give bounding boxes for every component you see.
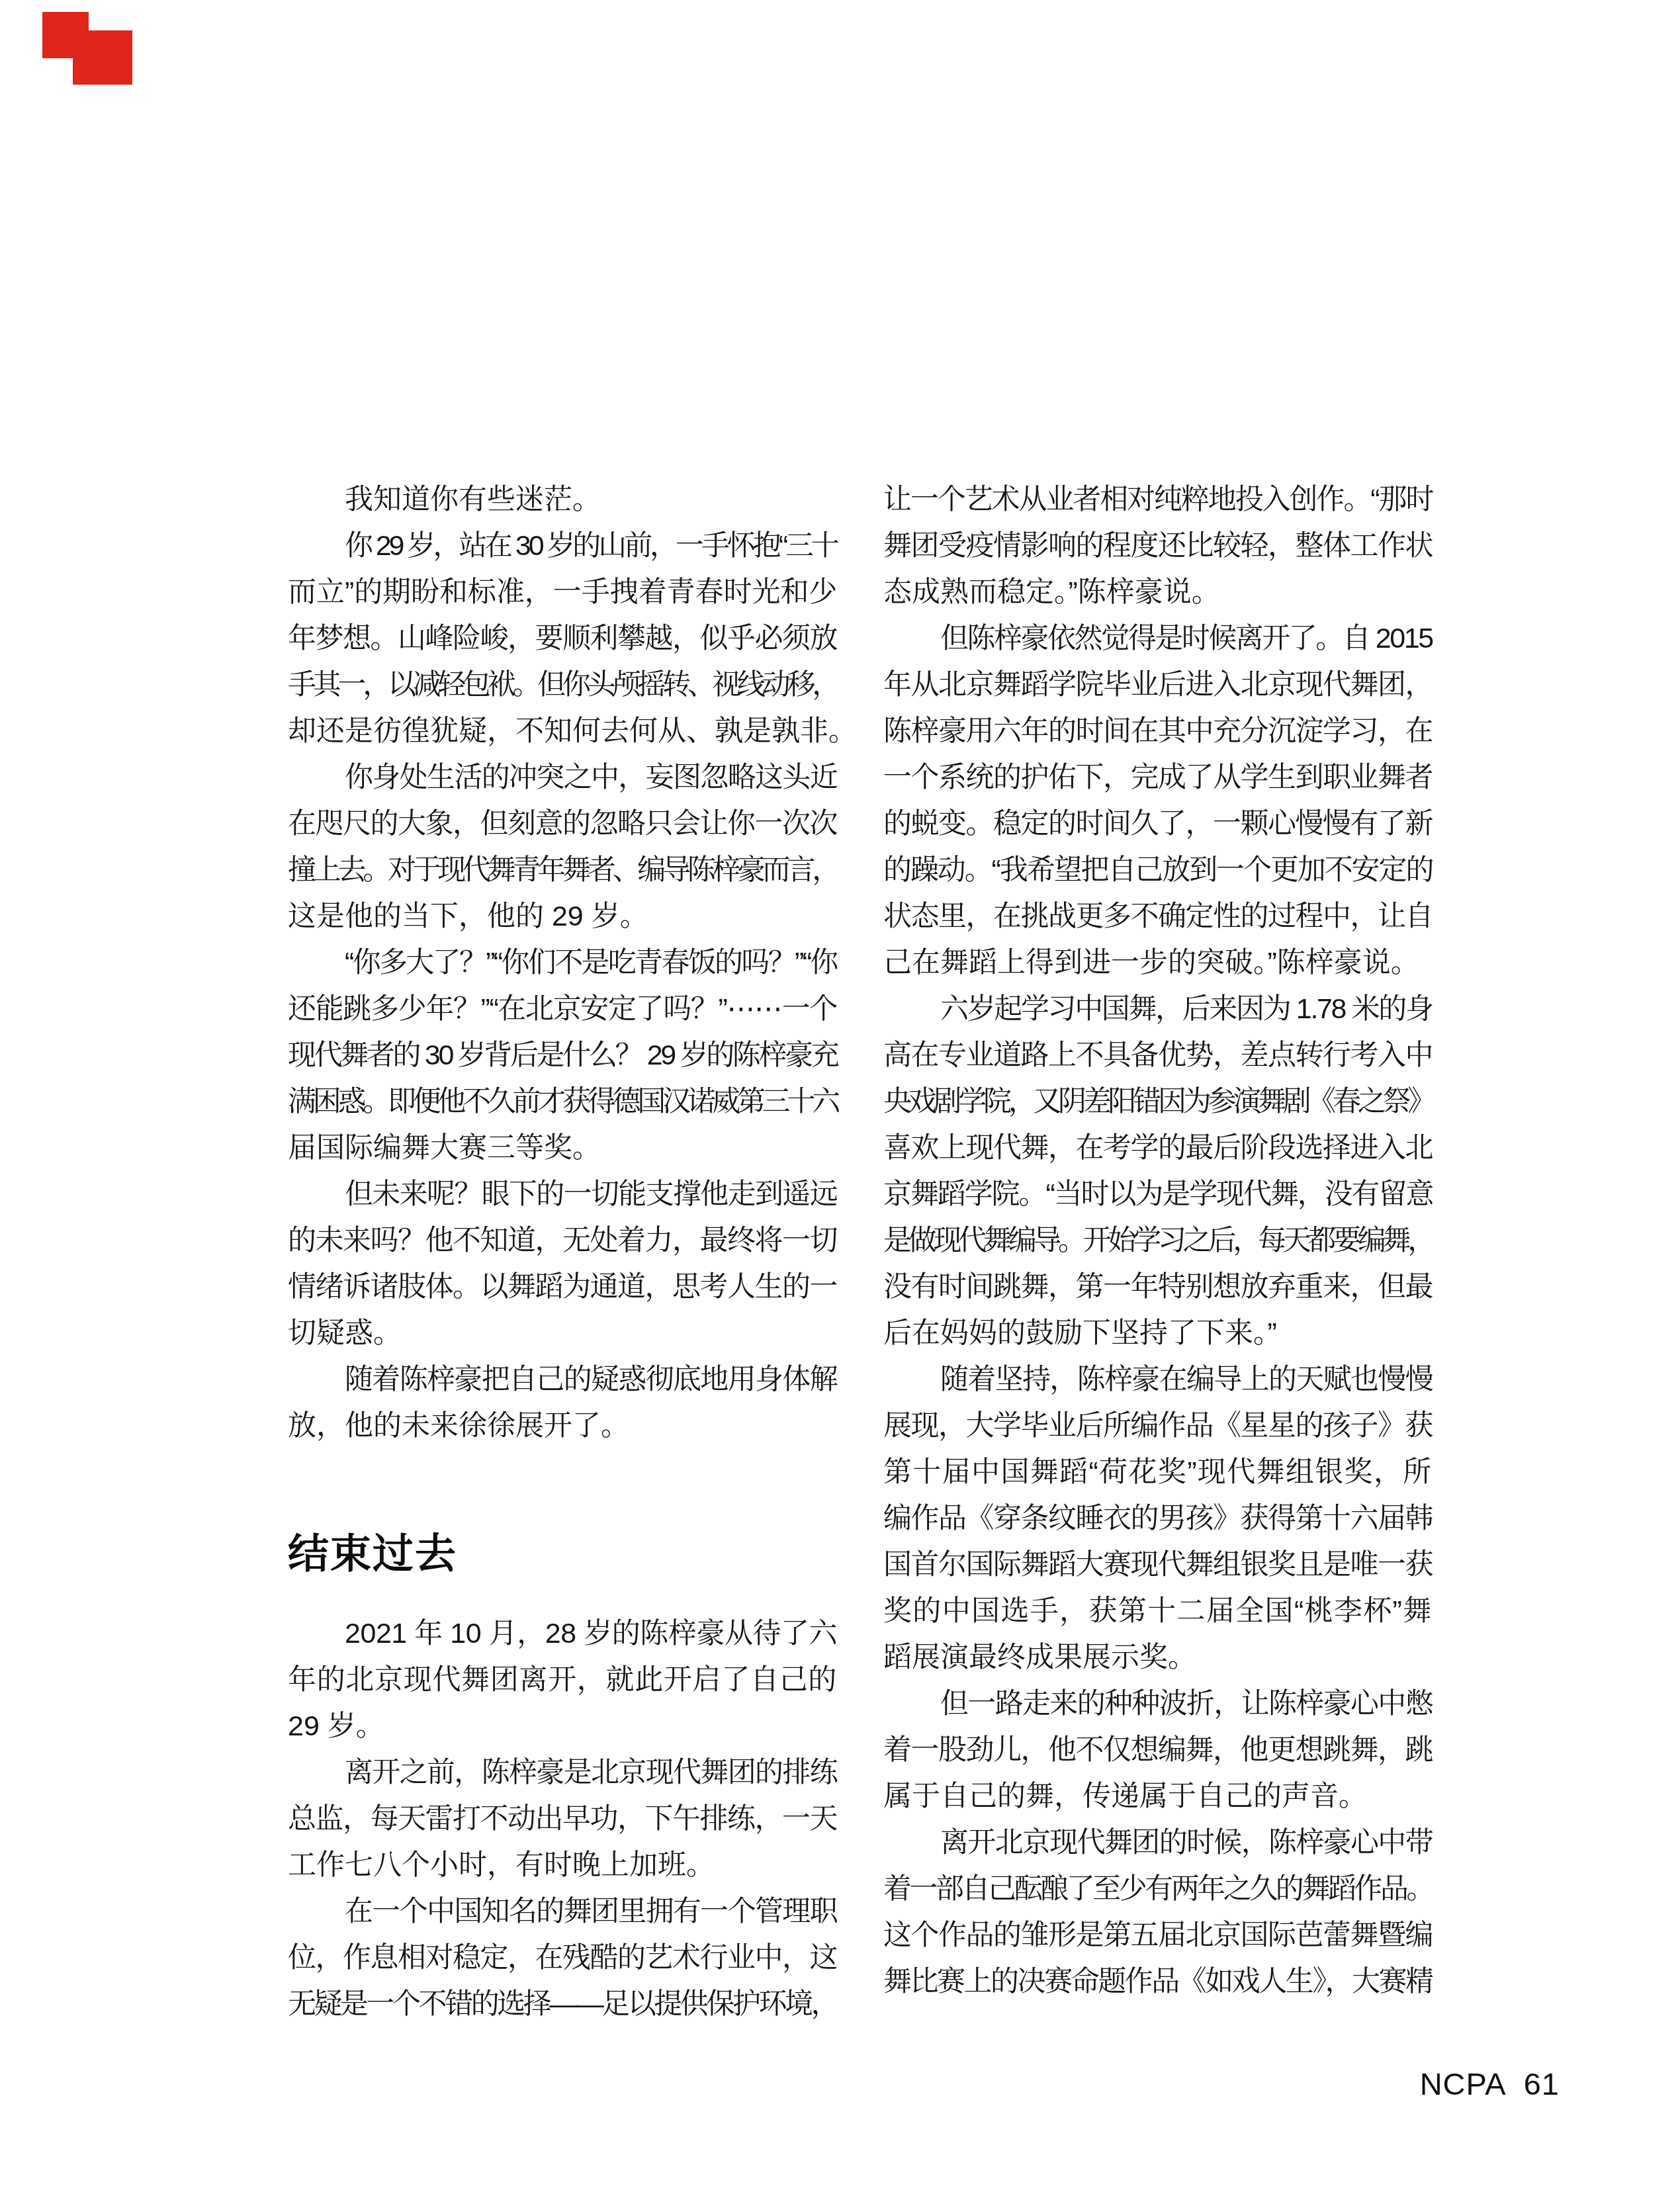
paragraph-block: 我知道你有些迷茫。你 29 岁，站在 30 岁的山前，一手怀抱“三十而立”的期盼…	[288, 476, 837, 1449]
text-line: 撞上去。对于现代舞青年舞者、编导陈梓豪而言，	[288, 847, 837, 893]
text-line: 高在专业道路上不具备优势，差点转行考入中	[883, 1032, 1433, 1078]
article-column-right: 让一个艺术从业者相对纯粹地投入创作。“那时舞团受疫情影响的程度还比较轻，整体工作…	[883, 476, 1433, 2005]
text-line: 的蜕变。稳定的时间久了，一颗心慢慢有了新	[883, 801, 1433, 847]
text-line: 年的北京现代舞团离开，就此开启了自己的	[288, 1657, 837, 1703]
text-line: 着一股劲儿，他不仅想编舞，他更想跳舞，跳	[883, 1727, 1433, 1773]
text-line: 年从北京舞蹈学院毕业后进入北京现代舞团，	[883, 662, 1433, 708]
text-line: 手其一，以减轻包袱。但你头颅摇转、视线动移，	[288, 662, 837, 708]
text-line: 陈梓豪用六年的时间在其中充分沉淀学习，在	[883, 708, 1433, 754]
text-line: 蹈展演最终成果展示奖。	[883, 1634, 1433, 1681]
text-line: 后在妈妈的鼓励下坚持了下来。”	[883, 1310, 1433, 1356]
text-line: 随着陈梓豪把自己的疑惑彻底地用身体解	[288, 1356, 837, 1403]
text-line: 展现，大学毕业后所编作品《星星的孩子》获	[883, 1403, 1433, 1449]
paragraph-block: 2021 年 10 月，28 岁的陈梓豪从待了六年的北京现代舞团离开，就此开启了…	[288, 1610, 837, 2027]
text-line: 在一个中国知名的舞团里拥有一个管理职	[288, 1888, 837, 1935]
text-line: 是做现代舞编导。开始学习之后，每天都要编舞，	[883, 1217, 1433, 1264]
text-line: 离开北京现代舞团的时候，陈梓豪心中带	[883, 1819, 1433, 1866]
text-line: 情绪诉诸肢体。以舞蹈为通道，思考人生的一	[288, 1264, 837, 1310]
text-line: 喜欢上现代舞，在考学的最后阶段选择进入北	[883, 1125, 1433, 1171]
text-line: 国首尔国际舞蹈大赛现代舞组银奖且是唯一获	[883, 1542, 1433, 1588]
article-column-left: 我知道你有些迷茫。你 29 岁，站在 30 岁的山前，一手怀抱“三十而立”的期盼…	[288, 476, 837, 2027]
text-line: 2021 年 10 月，28 岁的陈梓豪从待了六	[288, 1610, 837, 1657]
text-line: 年梦想。山峰险峻，要顺利攀越，似乎必须放	[288, 615, 837, 662]
text-line: 放，他的未来徐徐展开了。	[288, 1403, 837, 1449]
text-line: 离开之前，陈梓豪是北京现代舞团的排练	[288, 1749, 837, 1796]
text-line: 切疑惑。	[288, 1310, 837, 1356]
text-line: 这个作品的雏形是第五届北京国际芭蕾舞暨编	[883, 1912, 1433, 1958]
text-line: 编作品《穿条纹睡衣的男孩》获得第十六届韩	[883, 1495, 1433, 1542]
text-line: 却还是彷徨犹疑，不知何去何从、孰是孰非。	[288, 708, 837, 754]
text-line: 我知道你有些迷茫。	[288, 476, 837, 523]
text-line: 状态里，在挑战更多不确定性的过程中，让自	[883, 893, 1433, 940]
text-line: 还能跳多少年？”“在北京安定了吗？”⋯⋯一个	[288, 986, 837, 1032]
footer-brand: NCPA	[1420, 2066, 1507, 2101]
text-line: 让一个艺术从业者相对纯粹地投入创作。“那时	[883, 476, 1433, 523]
red-corner-mark-icon	[73, 30, 132, 85]
text-line: 而立”的期盼和标准，一手拽着青春时光和少	[288, 569, 837, 615]
text-line: 的躁动。“我希望把自己放到一个更加不安定的	[883, 847, 1433, 893]
text-line: 奖的中国选手，获第十二届全国“桃李杯”舞	[883, 1588, 1433, 1634]
text-line: 随着坚持，陈梓豪在编导上的天赋也慢慢	[883, 1356, 1433, 1403]
text-line: 舞团受疫情影响的程度还比较轻，整体工作状	[883, 523, 1433, 569]
text-line: 无疑是一个不错的选择——足以提供保护环境，	[288, 1981, 837, 2027]
text-line: 在咫尺的大象，但刻意的忽略只会让你一次次	[288, 801, 837, 847]
text-line: 但陈梓豪依然觉得是时候离开了。自 2015	[883, 615, 1433, 662]
text-line: 但未来呢？眼下的一切能支撑他走到遥远	[288, 1171, 837, 1217]
magazine-page: 我知道你有些迷茫。你 29 岁，站在 30 岁的山前，一手怀抱“三十而立”的期盼…	[0, 0, 1680, 2188]
text-line: 你身处生活的冲突之中，妄图忽略这头近	[288, 754, 837, 801]
text-line: 位，作息相对稳定，在残酷的艺术行业中，这	[288, 1935, 837, 1981]
text-line: 央戏剧学院，又阴差阳错因为参演舞剧《春之祭》	[883, 1078, 1433, 1125]
text-line: 一个系统的护佑下，完成了从学生到职业舞者	[883, 754, 1433, 801]
text-line: 现代舞者的 30 岁背后是什么？ 29 岁的陈梓豪充	[288, 1032, 837, 1078]
text-line: 届国际编舞大赛三等奖。	[288, 1125, 837, 1171]
text-line: 舞比赛上的决赛命题作品《如戏人生》，大赛精	[883, 1958, 1433, 2005]
text-line: 满困惑。即便他不久前才获得德国汉诺威第三十六	[288, 1078, 837, 1125]
text-line: 这是他的当下，他的 29 岁。	[288, 893, 837, 940]
page-footer: NCPA61	[1420, 2066, 1560, 2102]
text-line: 京舞蹈学院。“当时以为是学现代舞，没有留意	[883, 1171, 1433, 1217]
text-line: 六岁起学习中国舞，后来因为 1.78 米的身	[883, 986, 1433, 1032]
text-line: 己在舞蹈上得到进一步的突破。”陈梓豪说。	[883, 940, 1433, 986]
text-line: 但一路走来的种种波折，让陈梓豪心中憋	[883, 1681, 1433, 1727]
text-line: 态成熟而稳定。”陈梓豪说。	[883, 569, 1433, 615]
footer-page-number: 61	[1524, 2066, 1560, 2101]
text-line: 29 岁。	[288, 1703, 837, 1749]
text-line: 的未来吗？他不知道，无处着力，最终将一切	[288, 1217, 837, 1264]
paragraph-block: 让一个艺术从业者相对纯粹地投入创作。“那时舞团受疫情影响的程度还比较轻，整体工作…	[883, 476, 1433, 2005]
text-line: 属于自己的舞，传递属于自己的声音。	[883, 1773, 1433, 1819]
section-heading: 结束过去	[288, 1534, 837, 1576]
text-line: 总监，每天雷打不动出早功，下午排练，一天	[288, 1796, 837, 1842]
text-line: 着一部自己酝酿了至少有两年之久的舞蹈作品。	[883, 1866, 1433, 1912]
text-line: “你多大了？”“你们不是吃青春饭的吗？”“你	[288, 940, 837, 986]
text-line: 你 29 岁，站在 30 岁的山前，一手怀抱“三十	[288, 523, 837, 569]
text-line: 没有时间跳舞，第一年特别想放弃重来，但最	[883, 1264, 1433, 1310]
text-line: 工作七八个小时，有时晚上加班。	[288, 1842, 837, 1888]
text-line: 第十届中国舞蹈“荷花奖”现代舞组银奖，所	[883, 1449, 1433, 1495]
